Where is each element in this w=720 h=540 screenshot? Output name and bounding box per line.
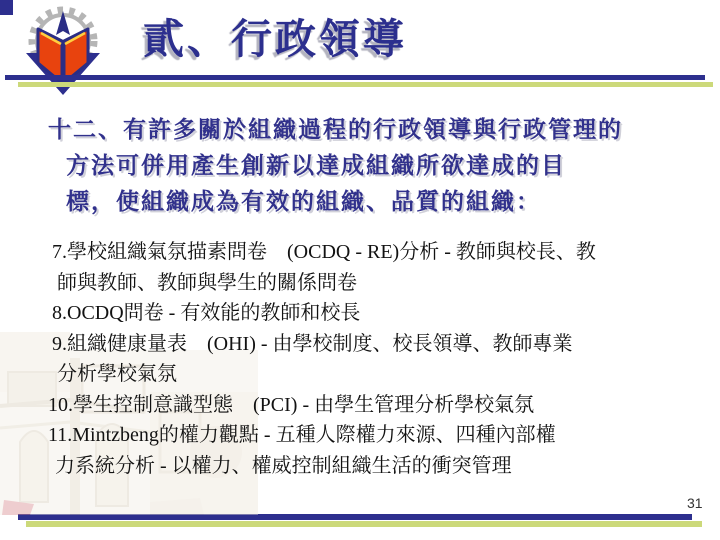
list-item-10: 10.學生控制意識型態 (PCI) - 由學生管理分析學校氣氛 — [48, 390, 703, 421]
corner-accent-square — [0, 0, 13, 15]
list-item-9-line1: 9.組織健康量表 (OHI) - 由學校制度、校長領導、教師專業 — [48, 329, 703, 360]
page-title: 貳、行政領導 — [143, 14, 407, 64]
list-item-7-line1: 7.學校組織氣氛描素問卷 (OCDQ - RE)分析 - 教師與校長、教 — [48, 237, 703, 268]
heading-text: 十二、有許多關於組織過程的行政領導與行政管理的 方法可併用產生創新以達成組織所欲… — [48, 111, 688, 219]
list-item-7-line2: 師與教師、教師與學生的關係問卷 — [48, 268, 703, 299]
list-item-11-line1: 11.Mintzbeng的權力觀點 - 五種人際權力來源、四種內部權 — [48, 420, 703, 451]
list-item-8: 8.OCDQ問卷 - 有效能的教師和校長 — [48, 298, 703, 329]
heading-line: 十二、有許多關於組織過程的行政領導與行政管理的 — [48, 111, 688, 147]
list-item-11-line2: 力系統分析 - 以權力、權威控制組織生活的衝突管理 — [48, 451, 703, 482]
footer-divider-green — [26, 521, 702, 527]
presentation-slide: 貳、行政領導 十二、有許多關於組織過程的行政領導與行政管理的 方法可併用產生創新… — [0, 0, 720, 540]
header-divider-blue — [5, 75, 705, 80]
page-number: 31 — [687, 496, 703, 510]
header-divider-green — [18, 82, 713, 87]
heading-line: 標，使組織成為有效的組織、品質的組織： — [48, 183, 688, 219]
heading-line: 方法可併用產生創新以達成組織所欲達成的目 — [48, 147, 688, 183]
list-item-9-line2: 分析學校氣氛 — [48, 359, 703, 390]
body-text-list: 7.學校組織氣氛描素問卷 (OCDQ - RE)分析 - 教師與校長、教 師與教… — [48, 237, 703, 481]
